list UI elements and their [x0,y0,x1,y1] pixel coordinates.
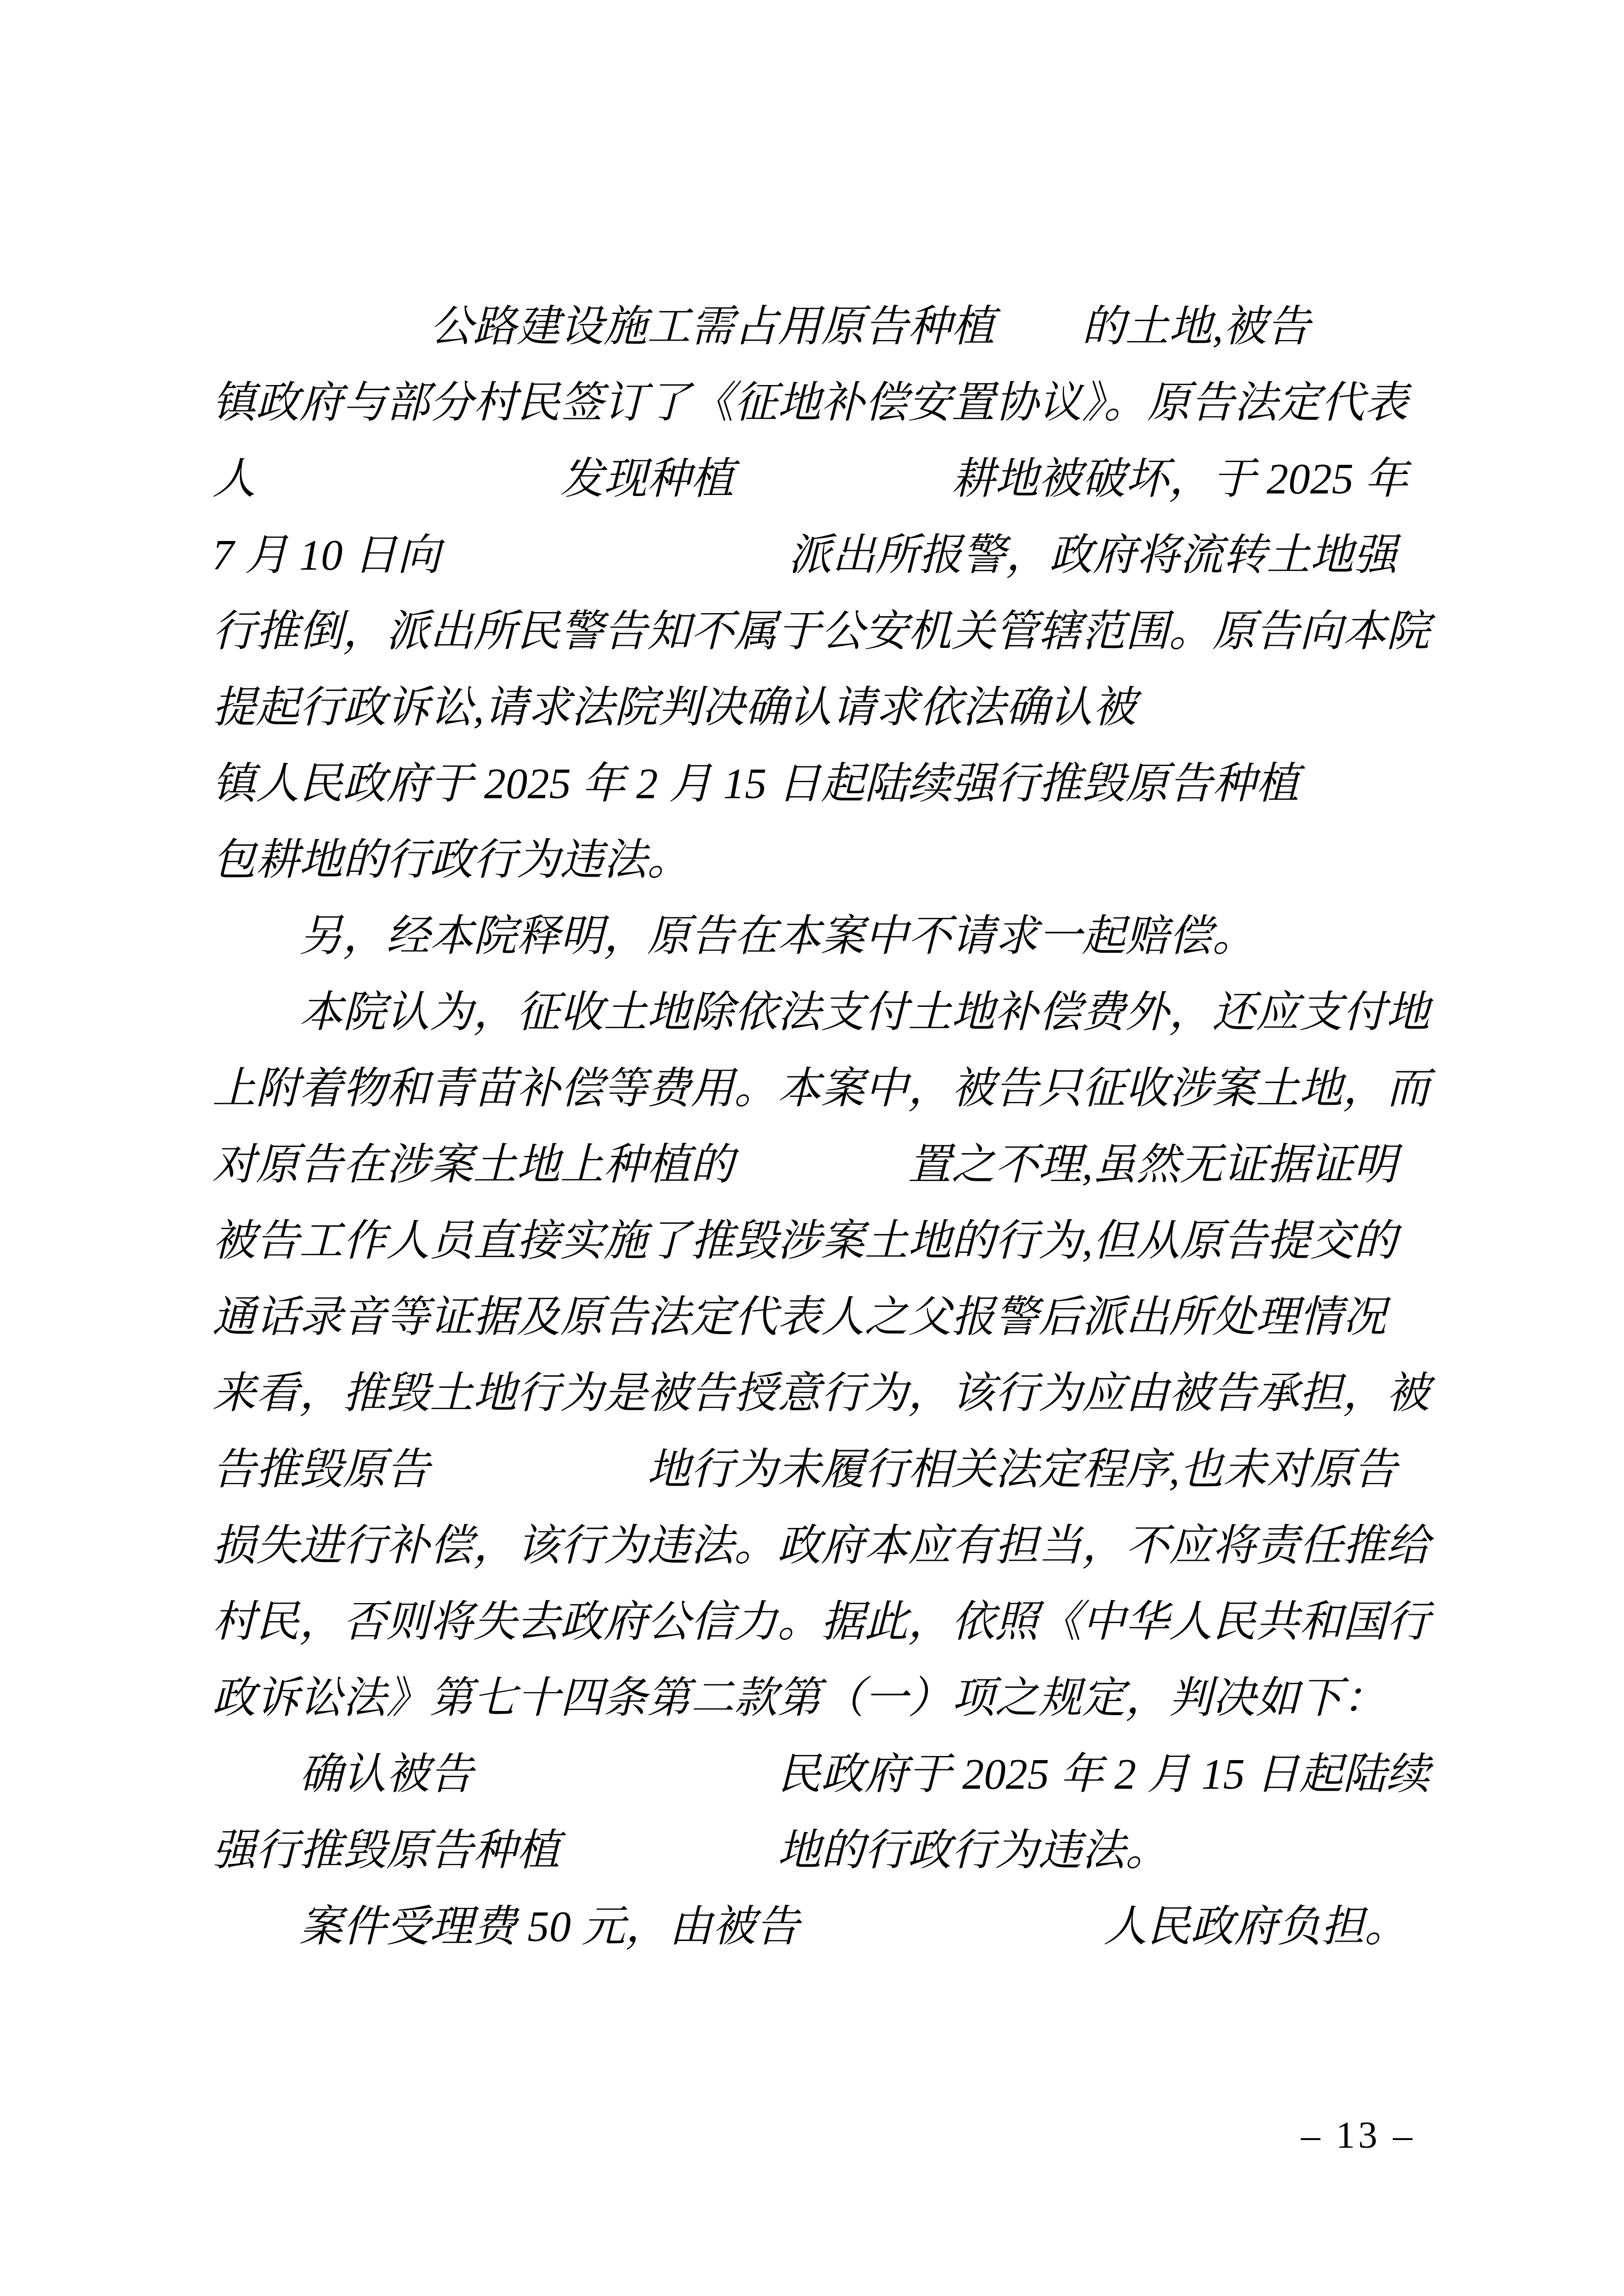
text-line: 本院认为，征收土地除依法支付土地补偿费外，还应支付地 [212,975,1450,1051]
text-line: 被告工作人员直接实施了推毁涉案土地的行为,但从原告提交的 [212,1203,1450,1279]
text-line: 损失进行补偿，该行为违法。政府本应有担当，不应将责任推给 [212,1508,1450,1584]
text-line: 另，经本院释明，原告在本案中不请求一起赔偿。 [212,898,1450,975]
text-line: 强行推毁原告种植 地的行政行为违法。 [212,1813,1450,1889]
judgment-body-text: 公路建设施工需占用原告种植 的土地,被告镇政府与部分村民签订了《征地补偿安置协议… [212,289,1450,1965]
text-line: 行推倒，派出所民警告知不属于公安机关管辖范围。原告向本院 [212,594,1450,670]
text-line: 人 发现种植 耕地被破坏，于 2025 年 [212,441,1450,517]
text-line: 上附着物和青苗补偿等费用。本案中，被告只征收涉案土地，而 [212,1051,1450,1127]
text-line: 来看，推毁土地行为是被告授意行为，该行为应由被告承担，被 [212,1356,1450,1432]
text-line: 案件受理费 50 元，由被告 人民政府负担。 [212,1889,1450,1965]
text-line: 村民，否则将失去政府公信力。据此，依照《中华人民共和国行 [212,1584,1450,1660]
text-line: 通话录音等证据及原告法定代表人之父报警后派出所处理情况 [212,1279,1450,1356]
text-line: 告推毁原告 地行为未履行相关法定程序,也未对原告 [212,1432,1450,1508]
text-line: 确认被告 民政府于 2025 年 2 月 15 日起陆续 [212,1737,1450,1813]
text-line: 镇政府与部分村民签订了《征地补偿安置协议》。原告法定代表 [212,365,1450,441]
text-line: 镇人民政府于 2025 年 2 月 15 日起陆续强行推毁原告种植 [212,746,1450,822]
page-number: – 13 – [1301,2111,1416,2159]
text-line: 包耕地的行政行为违法。 [212,822,1450,898]
judgment-page: 公路建设施工需占用原告种植 的土地,被告镇政府与部分村民签订了《征地补偿安置协议… [0,0,1624,2296]
text-line: 公路建设施工需占用原告种植 的土地,被告 [212,289,1450,365]
text-line: 7 月 10 日向 派出所报警，政府将流转土地强 [212,517,1450,594]
text-line: 政诉讼法》第七十四条第二款第（一）项之规定，判决如下： [212,1660,1450,1737]
text-line: 对原告在涉案土地上种植的 置之不理,虽然无证据证明 [212,1127,1450,1203]
text-line: 提起行政诉讼,请求法院判决确认请求依法确认被 [212,670,1450,746]
